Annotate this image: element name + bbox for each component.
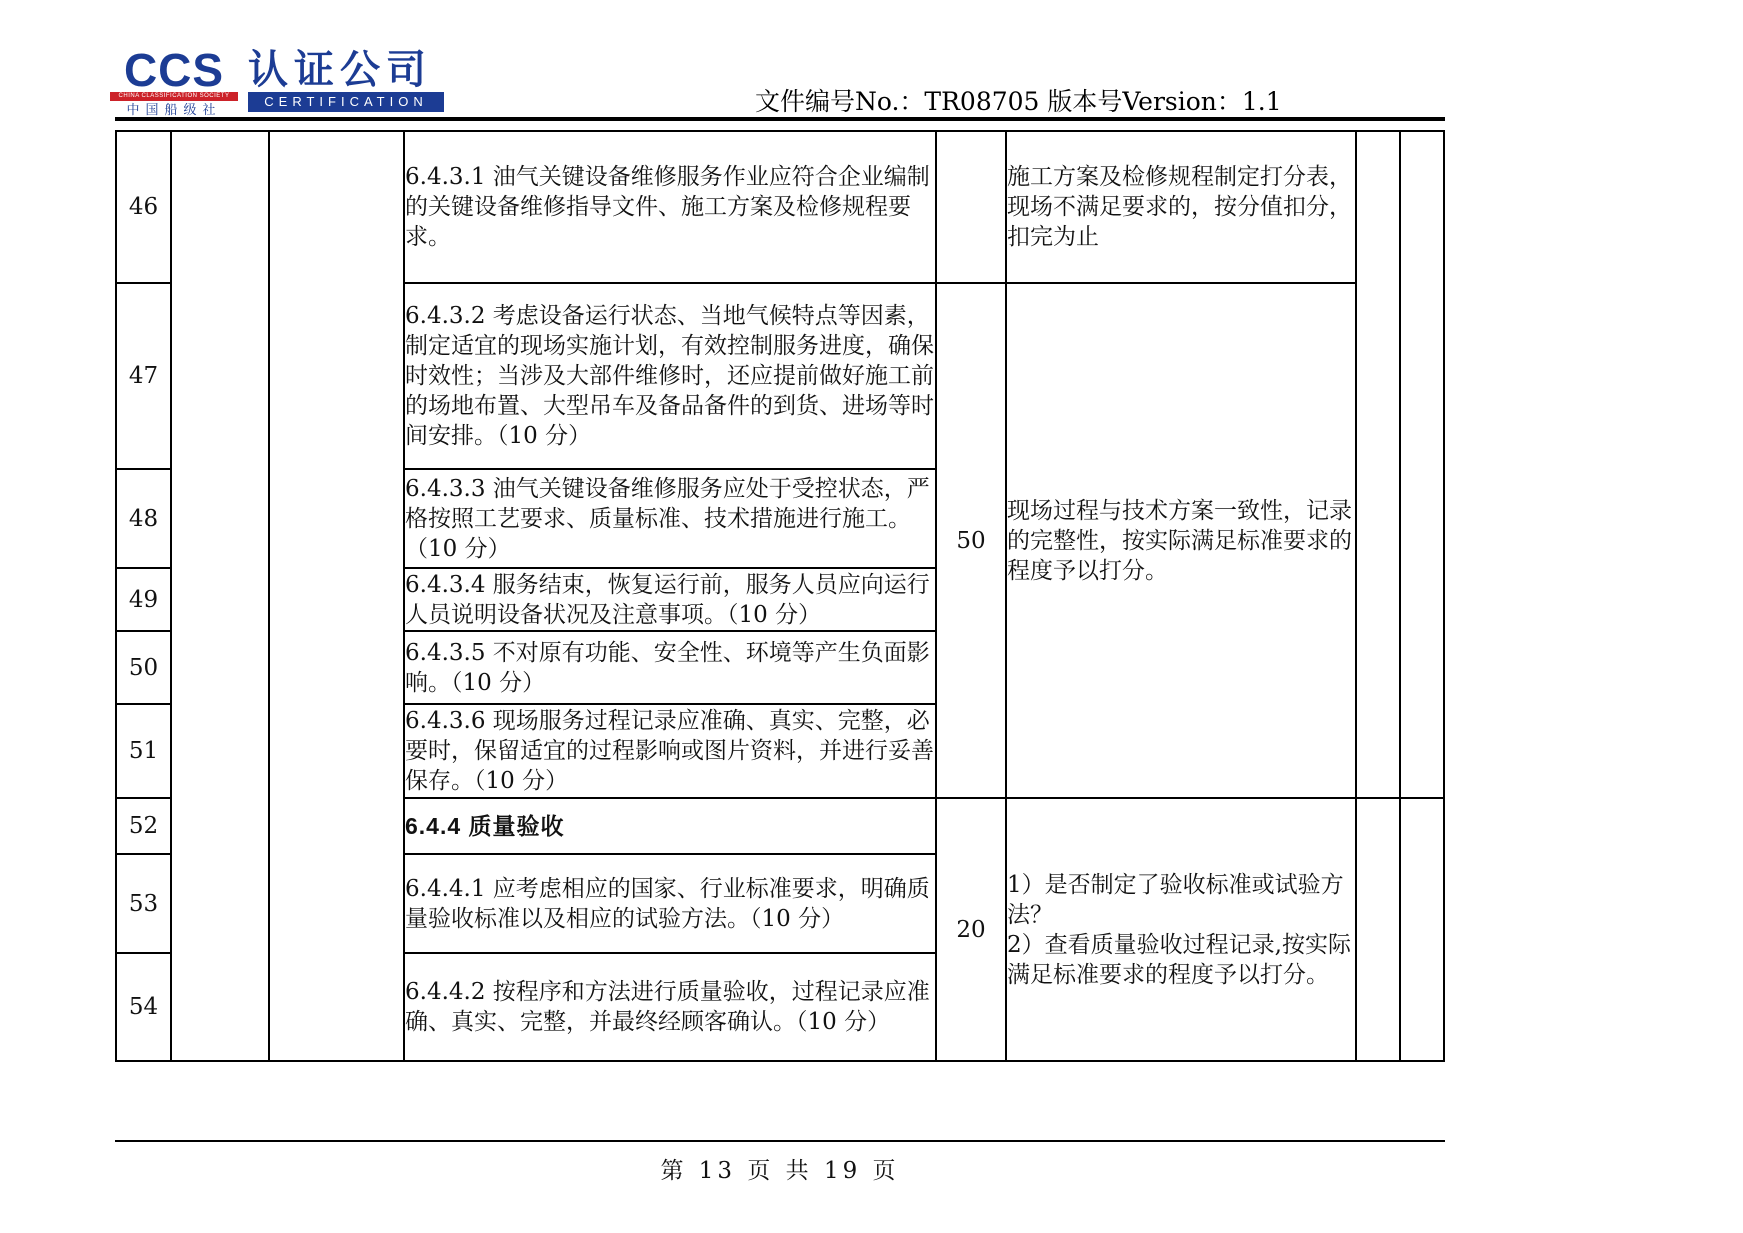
- ccs-logo-cn-large: 认证公司: [248, 50, 444, 90]
- requirement-cell: 6.4.4.1 应考虑相应的国家、行业标准要求，明确质量验收标准以及相应的试验方…: [404, 854, 936, 953]
- document-page: CCS CHINA CLASSIFICATION SOCIETY 中国船级社 认…: [0, 0, 1743, 1233]
- page-number: 第 13 页 共 19 页: [115, 1152, 1445, 1185]
- empty-cell: [1356, 131, 1400, 798]
- row-number-cell: 49: [116, 568, 171, 631]
- method-cell: 施工方案及检修规程制定打分表，现场不满足要求的，按分值扣分，扣完为止: [1006, 131, 1356, 283]
- table-row: 46 6.4.3.1 油气关键设备维修服务作业应符合企业编制的关键设备维修指导文…: [116, 131, 1444, 283]
- row-number-cell: 53: [116, 854, 171, 953]
- ccs-logo-en-small: CHINA CLASSIFICATION SOCIETY: [110, 92, 238, 101]
- footer-rule: [115, 1140, 1445, 1142]
- requirement-cell: 6.4.4.2 按程序和方法进行质量验收，过程记录应准确、真实、完整，并最终经顾…: [404, 953, 936, 1061]
- row-number-cell: 48: [116, 469, 171, 568]
- requirement-cell: 6.4.3.1 油气关键设备维修服务作业应符合企业编制的关键设备维修指导文件、施…: [404, 131, 936, 283]
- empty-cell: [171, 131, 269, 1061]
- score-cell: [936, 131, 1006, 283]
- ccs-logo: CCS CHINA CLASSIFICATION SOCIETY 中国船级社 认…: [110, 50, 444, 117]
- empty-cell: [1400, 798, 1444, 1061]
- header-doc-info: 文件编号No.：TR08705 版本号Version：1.1: [755, 82, 1282, 118]
- ccs-logo-cn-small: 中国船级社: [126, 102, 221, 117]
- empty-cell: [1356, 798, 1400, 1061]
- ccs-logo-certification-bar: CERTIFICATION: [248, 92, 444, 112]
- row-number-cell: 51: [116, 704, 171, 798]
- score-cell: 50: [936, 283, 1006, 798]
- row-number-cell: 54: [116, 953, 171, 1061]
- row-number-cell: 52: [116, 798, 171, 854]
- row-number-cell: 50: [116, 631, 171, 704]
- empty-cell: [269, 131, 404, 1061]
- header-rule: [115, 117, 1445, 121]
- ccs-logo-left: CCS CHINA CLASSIFICATION SOCIETY 中国船级社: [110, 50, 238, 117]
- requirement-cell: 6.4.3.3 油气关键设备维修服务应处于受控状态，严格按照工艺要求、质量标准、…: [404, 469, 936, 568]
- method-cell: 1）是否制定了验收标准或试验方法？ 2）查看质量验收过程记录,按实际满足标准要求…: [1006, 798, 1356, 1061]
- method-line-2: 2）查看质量验收过程记录,按实际满足标准要求的程度予以打分。: [1007, 930, 1355, 990]
- row-number-cell: 46: [116, 131, 171, 283]
- empty-cell: [1400, 131, 1444, 798]
- row-number-cell: 47: [116, 283, 171, 469]
- requirement-cell: 6.4.3.6 现场服务过程记录应准确、真实、完整，必要时，保留适宜的过程影响或…: [404, 704, 936, 798]
- ccs-logo-text: CCS: [124, 50, 224, 90]
- requirement-cell: 6.4.3.4 服务结束，恢复运行前，服务人员应向运行人员说明设备状况及注意事项…: [404, 568, 936, 631]
- method-line-1: 1）是否制定了验收标准或试验方法？: [1007, 870, 1355, 930]
- requirement-cell: 6.4.3.2 考虑设备运行状态、当地气候特点等因素，制定适宜的现场实施计划，有…: [404, 283, 936, 469]
- score-cell: 20: [936, 798, 1006, 1061]
- method-cell: 现场过程与技术方案一致性，记录的完整性，按实际满足标准要求的程度予以打分。: [1006, 283, 1356, 798]
- requirement-cell: 6.4.3.5 不对原有功能、安全性、环境等产生负面影响。（10 分）: [404, 631, 936, 704]
- ccs-logo-right: 认证公司 CERTIFICATION: [248, 50, 444, 112]
- audit-table: 46 6.4.3.1 油气关键设备维修服务作业应符合企业编制的关键设备维修指导文…: [115, 130, 1445, 1062]
- section-heading-cell: 6.4.4 质量验收: [404, 798, 936, 854]
